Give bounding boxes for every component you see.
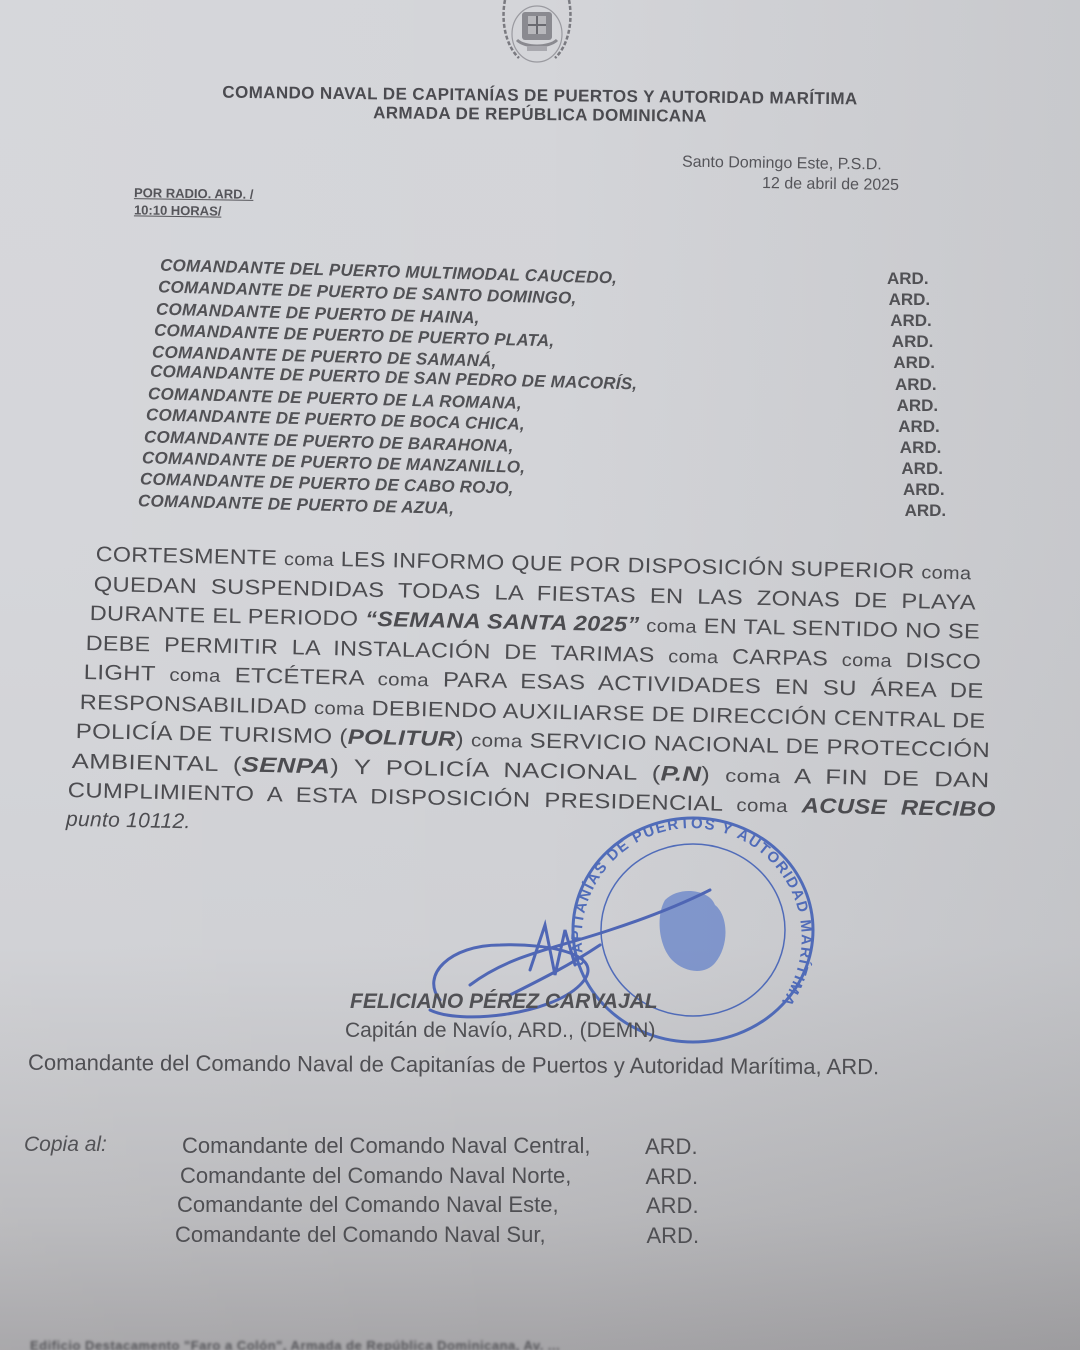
dateline-date: 12 de abril de 2025 — [762, 175, 899, 195]
signatory-name: FELICIANO PÉREZ CARVAJAL — [350, 990, 658, 1014]
signatory-title: Comandante del Comando Naval de Capitaní… — [28, 1050, 879, 1080]
footer-address: Edificio Destacamento "Faro a Colón", Ar… — [30, 1338, 560, 1350]
addressee-suffix: ARD. — [905, 501, 947, 521]
addressee-suffix: ARD. — [889, 290, 931, 310]
copies-label: Copia al: — [24, 1133, 107, 1157]
transmission-time: 10:10 HORAS/ — [134, 202, 222, 218]
copy-recipient-suffix: ARD. — [645, 1134, 698, 1160]
addressee-suffix: ARD. — [892, 332, 934, 352]
addressee-suffix: ARD. — [887, 269, 929, 289]
signatory-rank: Capitán de Navío, ARD., (DEMN) — [345, 1019, 655, 1043]
copy-recipient: Comandante del Comando Naval Norte, — [180, 1163, 571, 1189]
dateline-place: Santo Domingo Este, P.S.D. — [682, 154, 882, 175]
copy-recipient-suffix: ARD. — [646, 1193, 699, 1219]
transmission-method: POR RADIO. ARD. / — [134, 185, 254, 202]
addressee-suffix: ARD. — [903, 480, 945, 500]
addressee-suffix: ARD. — [895, 375, 937, 395]
copy-recipient-suffix: ARD. — [647, 1223, 700, 1249]
copy-recipient-suffix: ARD. — [646, 1164, 699, 1190]
coat-of-arms-icon — [497, 0, 577, 66]
copy-recipient: Comandante del Comando Naval Sur, — [175, 1222, 546, 1248]
addressee-suffix: ARD. — [898, 417, 940, 437]
message-line: punto 10112. — [66, 807, 191, 834]
svg-text:CAPITANÍAS DE PUERTOS Y AUTORI: CAPITANÍAS DE PUERTOS Y AUTORIDAD MARÍTI… — [569, 815, 815, 1010]
addressee-suffix: ARD. — [897, 396, 939, 416]
copy-recipient: Comandante del Comando Naval Central, — [182, 1133, 590, 1159]
copy-recipient: Comandante del Comando Naval Este, — [177, 1192, 559, 1218]
addressee-suffix: ARD. — [893, 353, 935, 373]
addressee-suffix: ARD. — [900, 438, 942, 458]
addressee-suffix: ARD. — [890, 311, 932, 331]
addressee-suffix: ARD. — [901, 459, 943, 479]
